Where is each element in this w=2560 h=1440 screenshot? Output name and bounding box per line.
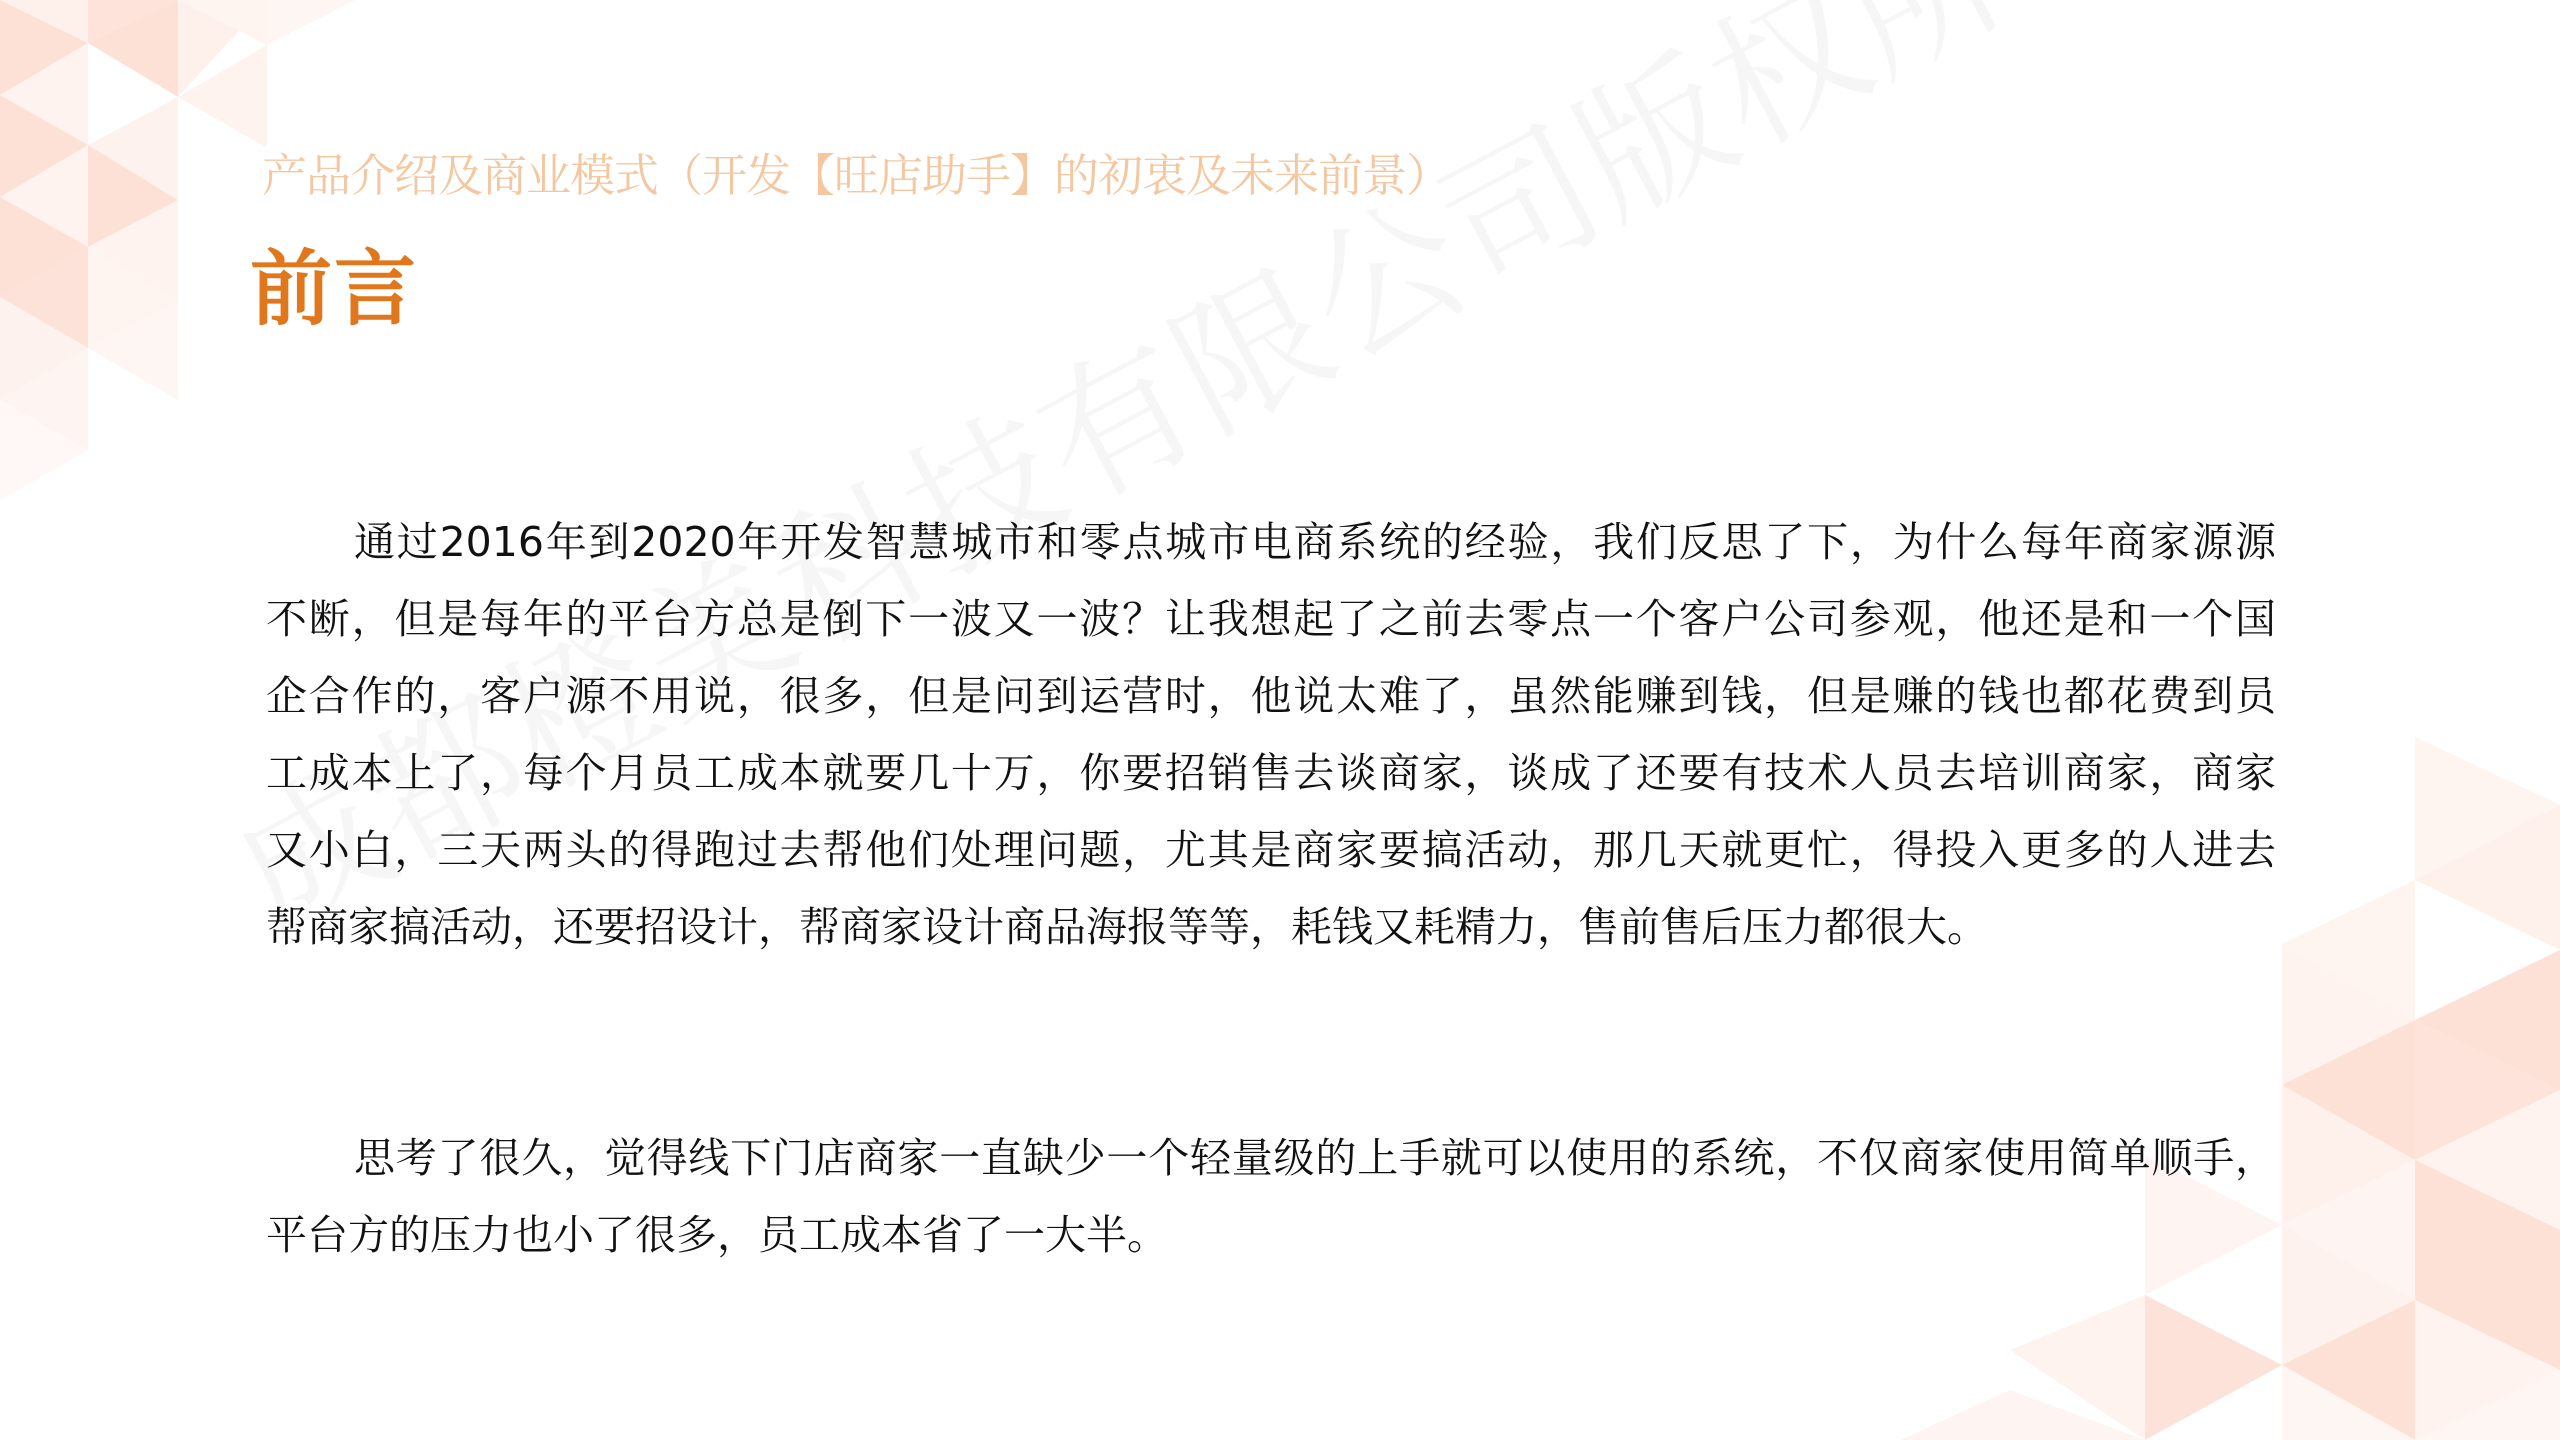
page-title: 前言 <box>250 240 418 340</box>
paragraph-line: 帮商家搞活动，还要招设计，帮商家设计商品海报等等，耗钱又耗精力，售前售后压力都很… <box>266 889 2276 966</box>
paragraph-line: 又小白，三天两头的得跑过去帮他们处理问题，尤其是商家要搞活动，那几天就更忙，得投… <box>266 812 2276 889</box>
paragraph-line: 工成本上了，每个月员工成本就要几十万，你要招销售去谈商家，谈成了还要有技术人员去… <box>266 735 2276 812</box>
paragraph-1: 通过2016年到2020年开发智慧城市和零点城市电商系统的经验，我们反思了下，为… <box>266 504 2276 966</box>
paragraph-line: 不断，但是每年的平台方总是倒下一波又一波？让我想起了之前去零点一个客户公司参观，… <box>266 581 2276 658</box>
paragraph-line: 平台方的压力也小了很多，员工成本省了一大半。 <box>266 1197 2276 1274</box>
paragraph-line: 通过2016年到2020年开发智慧城市和零点城市电商系统的经验，我们反思了下，为… <box>266 504 2276 581</box>
paragraph-line: 思考了很久，觉得线下门店商家一直缺少一个轻量级的上手就可以使用的系统，不仅商家使… <box>266 1120 2276 1197</box>
section-subtitle: 产品介绍及商业模式（开发【旺店助手】的初衷及未来前景） <box>262 148 1450 204</box>
paragraph-2: 思考了很久，觉得线下门店商家一直缺少一个轻量级的上手就可以使用的系统，不仅商家使… <box>266 1120 2276 1274</box>
paragraph-line: 企合作的，客户源不用说，很多，但是问到运营时，他说太难了，虽然能赚到钱，但是赚的… <box>266 658 2276 735</box>
